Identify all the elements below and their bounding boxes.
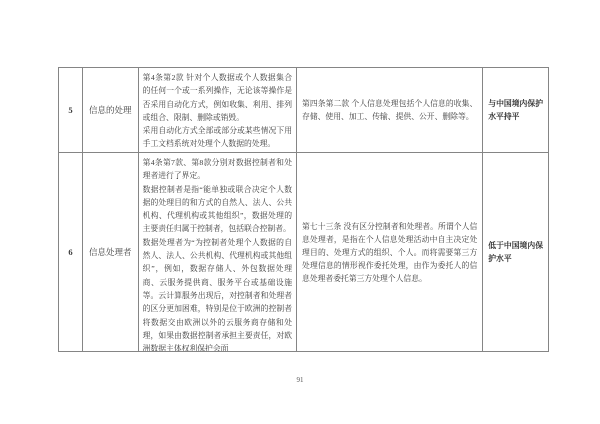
gdpr-provision-text: 第4条第2款 针对个人数据或个人数据集合的任何一个或一系列操作，无论该等操作是否… <box>139 68 297 152</box>
assessment-cell: 与中国境内保护水平持平 <box>483 68 548 152</box>
row-number: 6 <box>59 153 83 351</box>
assessment-cell: 低于中国境内保护水平 <box>483 153 548 351</box>
assessment-text: 低于中国境内保护水平 <box>483 239 548 266</box>
page-number: 91 <box>0 376 600 384</box>
comparison-table: 5 信息的处理 第4条第2款 针对个人数据或个人数据集合的任何一个或一系列操作，… <box>58 67 549 352</box>
china-provision-text: 第七十三条 没有区分控制者和处理者。所谓个人信息处理者，是指在个人信息处理活动中… <box>297 220 482 285</box>
row-number: 5 <box>59 68 83 152</box>
china-provision-text: 第四条第二款 个人信息处理包括个人信息的收集、存储、使用、加工、传输、提供、公开… <box>297 97 482 123</box>
row-topic: 信息处理者 <box>83 153 139 351</box>
china-provision-cell: 第七十三条 没有区分控制者和处理者。所谓个人信息处理者，是指在个人信息处理活动中… <box>297 153 483 351</box>
assessment-text: 与中国境内保护水平持平 <box>483 97 548 124</box>
table-row: 6 信息处理者 第4条第7款、第8款分别对数据控制者和处理者进行了界定。 数据控… <box>59 153 548 351</box>
row-topic: 信息的处理 <box>83 68 139 152</box>
gdpr-provision-text: 第4条第7款、第8款分别对数据控制者和处理者进行了界定。 数据控制者是指“能单独… <box>139 153 297 351</box>
document-page: 5 信息的处理 第4条第2款 针对个人数据或个人数据集合的任何一个或一系列操作，… <box>0 0 600 424</box>
china-provision-cell: 第四条第二款 个人信息处理包括个人信息的收集、存储、使用、加工、传输、提供、公开… <box>297 68 483 152</box>
table-row: 5 信息的处理 第4条第2款 针对个人数据或个人数据集合的任何一个或一系列操作，… <box>59 68 548 153</box>
